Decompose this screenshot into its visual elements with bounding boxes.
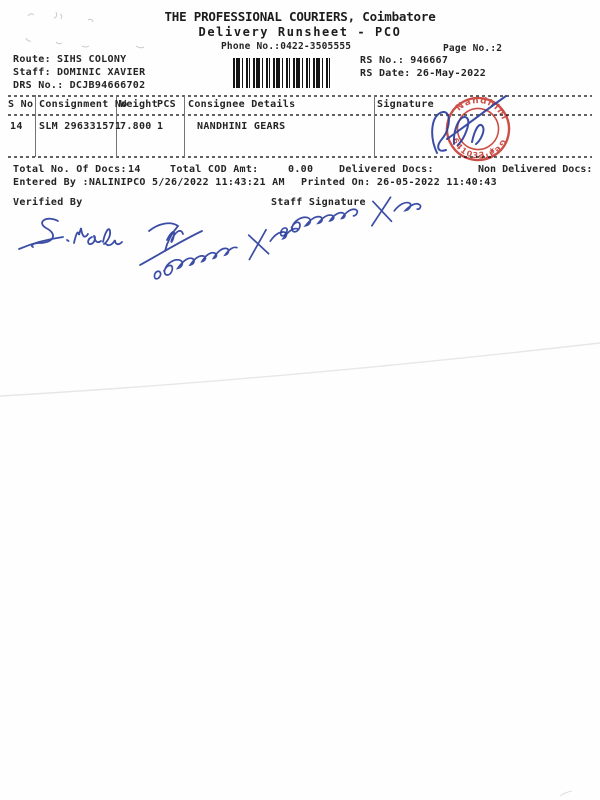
staff-signature-label: Staff Signature	[271, 197, 366, 208]
staff-initials-signature	[140, 223, 202, 265]
cell-consignment: SLM 296331571	[39, 121, 121, 132]
table-bottom-rule	[8, 156, 592, 158]
rs-no-value: 946667	[410, 55, 448, 66]
stamp-name-side: Gears	[475, 134, 509, 168]
total-cod-label: Total COD Amt:	[170, 164, 259, 175]
table-top-rule	[8, 95, 592, 97]
table-column-divider	[184, 95, 185, 157]
col-header-consignment: Consignment No	[39, 99, 128, 110]
svg-text:Gears: Gears	[475, 134, 509, 168]
rs-date-row: RS Date:26-May-2022	[360, 68, 486, 79]
total-docs-value: 14	[128, 164, 141, 175]
rs-no-label: RS No.:	[360, 55, 404, 66]
col-header-signature: Signature	[377, 99, 434, 110]
paper-crease	[0, 343, 600, 396]
document-subtitle: Delivery Runsheet - PCO	[0, 26, 600, 39]
route-label: Route:	[13, 54, 51, 65]
non-delivered-label: Non Delivered Docs:	[478, 164, 592, 175]
consignee-signature	[432, 96, 506, 153]
phone-number: Phone No.:0422-3505555	[221, 42, 351, 52]
drs-value: DCJB94666702	[70, 80, 146, 91]
cell-pcs: 1	[157, 121, 163, 132]
stamp-outer-ring	[441, 92, 515, 166]
cell-sno: 14	[10, 121, 23, 132]
staff-label: Staff:	[13, 67, 51, 78]
drs-label: DRS No.:	[13, 80, 64, 91]
staff-row: Staff:DOMINIC XAVIER	[13, 67, 145, 78]
pencil-mark	[560, 791, 572, 796]
cell-consignee: NANDHINI GEARS	[197, 121, 286, 132]
route-value: SIHS COLONY	[57, 54, 127, 65]
document-title: THE PROFESSIONAL COURIERS, Coimbatore	[0, 10, 600, 24]
printed-on: Printed On: 26-05-2022 11:40:43	[301, 177, 497, 188]
drs-row: DRS No.:DCJB94666702	[13, 80, 145, 91]
rs-no-row: RS No.:946667	[360, 55, 448, 66]
col-header-sno: S No	[8, 99, 33, 110]
verified-by-label: Verified By	[13, 197, 83, 208]
delivered-label: Delivered Docs:	[339, 164, 434, 175]
total-cod-value: 0.00	[288, 164, 313, 175]
col-header-pcs: PCS	[157, 99, 176, 110]
table-column-divider	[374, 95, 375, 157]
stamp-inner-ring	[454, 105, 503, 154]
annotations-layer: Nandhini Gears 641033 ★	[0, 0, 600, 800]
total-docs-label: Total No. Of Docs:	[13, 164, 127, 175]
svg-text:641033 ★: 641033 ★	[447, 135, 499, 165]
rs-date-label: RS Date:	[360, 68, 411, 79]
col-header-weight: Weight	[120, 99, 158, 110]
staff-value: DOMINIC XAVIER	[57, 67, 146, 78]
cell-weight: 7.800	[120, 121, 152, 132]
route-row: Route:SIHS COLONY	[13, 54, 126, 65]
scanned-delivery-runsheet: THE PROFESSIONAL COURIERS, Coimbatore De…	[0, 0, 600, 800]
table-column-divider	[35, 95, 36, 157]
table-header-rule	[8, 114, 592, 116]
col-header-consignee: Consignee Details	[188, 99, 295, 110]
handwritten-name-scrawl	[150, 224, 302, 279]
barcode	[233, 58, 332, 88]
entered-by: Entered By :NALINIPCO 5/26/2022 11:43:21…	[13, 177, 285, 188]
stamp-pincode: 641033 ★	[447, 135, 499, 165]
page-number: Page No.:2	[443, 44, 502, 54]
rs-date-value: 26-May-2022	[417, 68, 487, 79]
verified-by-signature	[19, 219, 122, 249]
